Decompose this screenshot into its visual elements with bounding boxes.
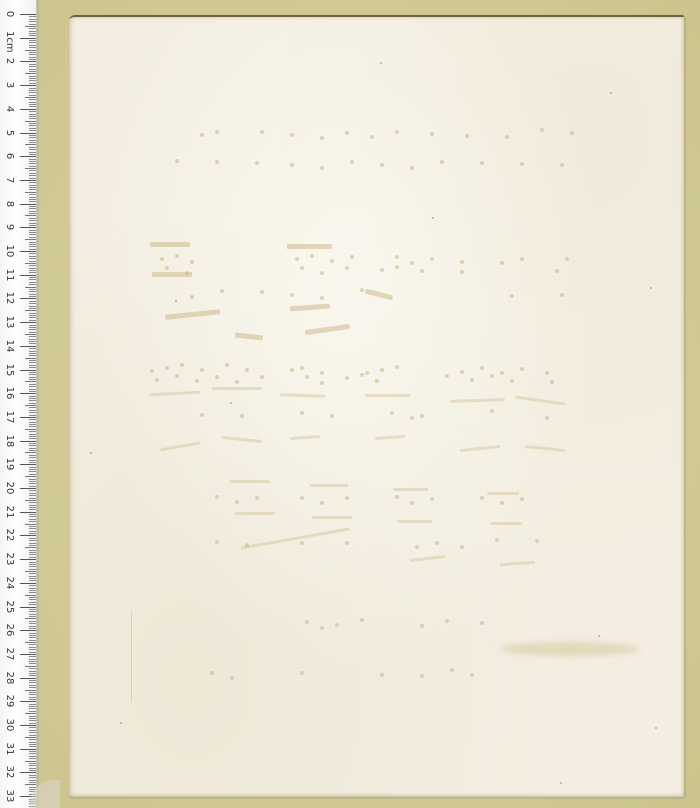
bleed-through-note [290,163,294,167]
ruler-tick [29,135,36,136]
ruler-tick [20,417,36,418]
ruler-tick [20,512,36,513]
ruler-tick [25,405,36,406]
ruler-label: 4 [2,102,16,116]
ruler-tick [29,599,36,600]
ruler-tick [29,708,36,709]
bleed-through-note [225,363,229,367]
bleed-through-note [535,539,539,543]
ruler-tick [29,507,36,508]
bleed-through-beam [375,435,405,440]
bleed-through-note [395,130,399,134]
ruler-tick [25,595,36,596]
bleed-through-note [500,371,504,375]
ruler-tick [25,287,36,288]
ruler-tick [29,780,36,781]
ruler-label: 5 [2,126,16,140]
bleed-through-note [555,269,559,273]
ruler-tick [29,194,36,195]
ruler-tick [29,426,36,427]
ruler-tick [29,410,36,411]
bleed-through-note [300,411,304,415]
ruler-tick [25,50,36,51]
ruler-tick [20,61,36,62]
ruler-tick [29,668,36,669]
ruler-tick [29,614,36,615]
ruler-tick [29,592,36,593]
bleed-through-note [215,375,219,379]
ruler-tick [29,360,36,361]
bleed-through-note [450,668,454,672]
ruler-tick [29,775,36,776]
bleed-through-note [470,378,474,382]
ruler-tick [29,640,36,641]
ruler-tick [29,770,36,771]
ruler-label: 29 [2,694,16,708]
ruler-tick [29,170,36,171]
ruler-tick [29,519,36,520]
bleed-through-beam [150,242,190,247]
bleed-through-note [330,414,334,418]
ruler-tick [29,130,36,131]
ruler-tick [29,24,36,25]
ruler-tick [29,249,36,250]
ruler-tick [29,450,36,451]
ruler-tick [29,348,36,349]
paper-speck [598,635,600,637]
ruler-label: 10 [2,244,16,258]
bleed-through-note [310,254,314,258]
ruler-tick [20,441,36,442]
bleed-through-note [430,257,434,261]
bleed-through-note [445,619,449,623]
ruler-tick [29,161,36,162]
ruler-tick [29,54,36,55]
bleed-through-note [345,131,349,135]
ruler-tick [29,166,36,167]
bleed-through-note [295,257,299,261]
ruler-tick [29,540,36,541]
bleed-through-note [290,133,294,137]
ruler-tick [29,353,36,354]
bleed-through-beam [241,527,350,549]
ruler-tick [29,730,36,731]
ruler-tick [29,199,36,200]
ruler-label: 31 [2,742,16,756]
bleed-through-note [215,130,219,134]
ruler-tick [20,38,36,39]
ruler-tick [29,289,36,290]
ruler-tick [29,732,36,733]
bleed-through-note [255,496,259,500]
ruler-tick [25,429,36,430]
ruler-tick [29,424,36,425]
bleed-through-note [395,255,399,259]
ruler-label: 8 [2,197,16,211]
ruler-tick [29,92,36,93]
ruler-tick [29,661,36,662]
ruler-tick [25,452,36,453]
ruler-tick [29,365,36,366]
ruler-tick [29,675,36,676]
ruler-tick [25,784,36,785]
ruler-tick [20,701,36,702]
bleed-through-note [215,540,219,544]
ruler-tick [29,623,36,624]
bleed-through-note [320,501,324,505]
ruler-tick [29,201,36,202]
ruler-label: 2 [2,54,16,68]
ruler-tick [29,116,36,117]
paper-speck [175,300,177,302]
bleed-through-note [460,260,464,264]
bleed-through-note [300,366,304,370]
ruler-tick [29,76,36,77]
ruler-tick [25,737,36,738]
bleed-through-note [480,366,484,370]
bleed-through-beam [222,436,262,443]
ruler-tick [29,626,36,627]
ruler-tick [29,597,36,598]
ruler-tick [29,445,36,446]
ruler-tick [29,635,36,636]
ruler-tick [29,66,36,67]
bleed-through-note [445,374,449,378]
bleed-through-note [410,501,414,505]
ruler-tick [29,173,36,174]
bleed-through-note [365,371,369,375]
bleed-through-note [165,266,169,270]
ruler-tick [29,723,36,724]
ruler-tick [29,104,36,105]
bleed-through-note [395,495,399,499]
ruler-tick [29,244,36,245]
ruler-label: 16 [2,386,16,400]
bleed-through-note [330,259,334,263]
ruler-tick [20,725,36,726]
bleed-through-note [560,293,564,297]
bleed-through-note [420,414,424,418]
ruler-tick [29,521,36,522]
ruler-tick [25,310,36,311]
ruler-tick [29,386,36,387]
ruler-tick [29,569,36,570]
bleed-through-beam [212,387,262,390]
bleed-through-note [320,371,324,375]
bleed-through-beam [397,520,432,523]
ruler-tick [29,758,36,759]
ruler-tick [29,616,36,617]
bleed-through-note [210,671,214,675]
bleed-through-beam [490,522,522,525]
bleed-through-beam [460,445,500,452]
ruler-tick [20,109,36,110]
ruler-tick [20,298,36,299]
ruler-tick [29,154,36,155]
ruler-tick [20,251,36,252]
bleed-through-note [545,416,549,420]
ruler-tick [29,152,36,153]
bleed-through-note [165,366,169,370]
water-stain [500,642,640,656]
ruler-label: 20 [2,481,16,495]
bleed-through-note [380,268,384,272]
bleed-through-note [180,363,184,367]
bleed-through-note [505,135,509,139]
ruler-tick [29,585,36,586]
ruler-tick [29,644,36,645]
bleed-through-note [305,620,309,624]
ruler-label: 9 [2,220,16,234]
ruler-tick [29,742,36,743]
bleed-through-beam [500,561,535,566]
bleed-through-note [510,379,514,383]
ruler-tick [29,483,36,484]
ruler-tick [29,374,36,375]
ruler-tick [29,125,36,126]
bleed-through-note [320,136,324,140]
ruler-tick [29,694,36,695]
ruler-tick [29,377,36,378]
ruler-tick [25,618,36,619]
ruler-tick [29,258,36,259]
ruler-tick [29,52,36,53]
ruler-tick [29,448,36,449]
ruler-label: 17 [2,410,16,424]
ruler-tick [29,746,36,747]
bleed-through-note [320,626,324,630]
ruler-tick [29,628,36,629]
ruler-tick [20,535,36,536]
ruler-tick [29,419,36,420]
ruler-tick [20,370,36,371]
ruler-tick [29,47,36,48]
ruler-tick [29,341,36,342]
bleed-through-note [565,257,569,261]
bleed-through-note [350,160,354,164]
bleed-through-note [510,294,514,298]
ruler-tick [29,175,36,176]
ruler-tick [29,114,36,115]
ruler-tick [29,739,36,740]
bleed-through-beam [290,435,320,440]
ruler-tick [25,524,36,525]
bleed-through-note [410,166,414,170]
ruler-tick [29,680,36,681]
ruler-tick [29,317,36,318]
ruler-label: 30 [2,718,16,732]
bleed-through-note [460,370,464,374]
bleed-through-note [255,161,259,165]
bleed-through-note [345,266,349,270]
ruler-tick [29,735,36,736]
bleed-through-note [235,500,239,504]
ruler-tick [20,275,36,276]
bleed-through-note [440,160,444,164]
ruler-label: 1cm [2,31,16,45]
bleed-through-note [245,368,249,372]
ruler-tick [29,718,36,719]
bleed-through-beam [305,324,350,335]
ruler-tick [20,488,36,489]
ruler-tick [25,358,36,359]
ruler-tick [20,14,36,15]
ruler-tick [29,528,36,529]
bleed-through-note [460,270,464,274]
ruler-tick [29,474,36,475]
ruler-tick [29,400,36,401]
bleed-through-note [260,130,264,134]
ruler-tick [25,121,36,122]
bleed-through-note [320,271,324,275]
ruler-tick [29,256,36,257]
bleed-through-beam [235,333,263,341]
paper-speck [90,452,92,454]
bleed-through-note [200,413,204,417]
ruler-tick [29,99,36,100]
bleed-through-note [370,135,374,139]
ruler-tick [29,332,36,333]
ruler-tick [29,159,36,160]
ruler-tick [29,716,36,717]
ruler-tick [29,407,36,408]
ruler-tick [29,379,36,380]
ruler-label: 14 [2,339,16,353]
ruler-tick [29,315,36,316]
ruler-tick [29,187,36,188]
ruler-tick [29,431,36,432]
ruler-tick [29,182,36,183]
bleed-through-note [150,369,154,373]
bleed-through-note [200,368,204,372]
ruler-tick [29,197,36,198]
ruler-tick [29,123,36,124]
ruler-tick [29,45,36,46]
bleed-through-note [360,288,364,292]
ruler-tick [29,140,36,141]
bleed-through-note [160,257,164,261]
bleed-through-beam [450,398,505,403]
ruler-tick [29,727,36,728]
bleed-through-beam [230,480,270,483]
bleed-through-note [215,160,219,164]
ruler-tick [29,720,36,721]
ruler-tick [29,178,36,179]
ruler-tick [29,343,36,344]
bleed-through-beam [160,442,200,452]
ruler-tick [29,163,36,164]
ruler-tick [29,514,36,515]
ruler-tick [25,97,36,98]
ruler-tick [29,279,36,280]
ruler-tick [29,637,36,638]
bleed-through-note [345,496,349,500]
ruler-tick [29,751,36,752]
ruler-tick [25,263,36,264]
ruler-tick [29,490,36,491]
bleed-through-note [155,378,159,382]
bleed-through-note [300,541,304,545]
ruler-tick [29,355,36,356]
bleed-through-note [420,624,424,628]
bleed-through-note [500,501,504,505]
ruler-tick [25,547,36,548]
bleed-through-note [320,381,324,385]
bleed-through-note [220,289,224,293]
ruler-tick [29,325,36,326]
ruler-tick [20,654,36,655]
ruler-tick [29,69,36,70]
ruler-tick [29,220,36,221]
ruler-tick [29,336,36,337]
bleed-through-note [190,295,194,299]
ruler-tick [29,756,36,757]
bleed-through-beam [280,393,325,398]
bleed-through-note [380,673,384,677]
ruler-tick [29,272,36,273]
bleed-through-beam [365,394,410,397]
ruler-tick [25,192,36,193]
ruler-label: 19 [2,457,16,471]
ruler-tick [29,95,36,96]
ruler-label: 12 [2,291,16,305]
ruler-tick [29,604,36,605]
ruler-tick [29,213,36,214]
ruler-tick [29,526,36,527]
ruler-label: 15 [2,363,16,377]
ruler-tick [29,763,36,764]
bleed-through-beam [393,488,428,491]
ruler-tick [20,749,36,750]
ruler-tick [25,713,36,714]
bleed-through-note [540,128,544,132]
bleed-through-note [560,163,564,167]
ruler-tick [29,505,36,506]
ruler-tick [25,334,36,335]
ruler-tick [25,239,36,240]
bleed-through-note [570,131,574,135]
ruler-tick [29,434,36,435]
ruler-tick [29,83,36,84]
ruler-tick [29,495,36,496]
ruler-tick [29,550,36,551]
ruler-tick [29,253,36,254]
bleed-through-note [190,260,194,264]
ruler-tick [29,237,36,238]
bleed-through-note [430,132,434,136]
ruler-tick [29,230,36,231]
bleed-through-note [230,676,234,680]
ruler-tick [29,415,36,416]
ruler-tick [29,246,36,247]
ruler-tick [29,704,36,705]
bleed-through-beam [290,304,330,312]
paper-speck [432,217,434,219]
ruler-tick [29,35,36,36]
bleed-through-note [480,621,484,625]
ruler-tick [29,509,36,510]
ruler-tick [29,384,36,385]
ruler-tick [29,294,36,295]
ruler-tick [29,469,36,470]
bleed-through-note [235,380,239,384]
ruler-tick [29,372,36,373]
ruler-tick [25,381,36,382]
bleed-through-note [345,376,349,380]
ruler-tick [29,609,36,610]
ruler-tick [29,208,36,209]
bleed-through-note [395,365,399,369]
